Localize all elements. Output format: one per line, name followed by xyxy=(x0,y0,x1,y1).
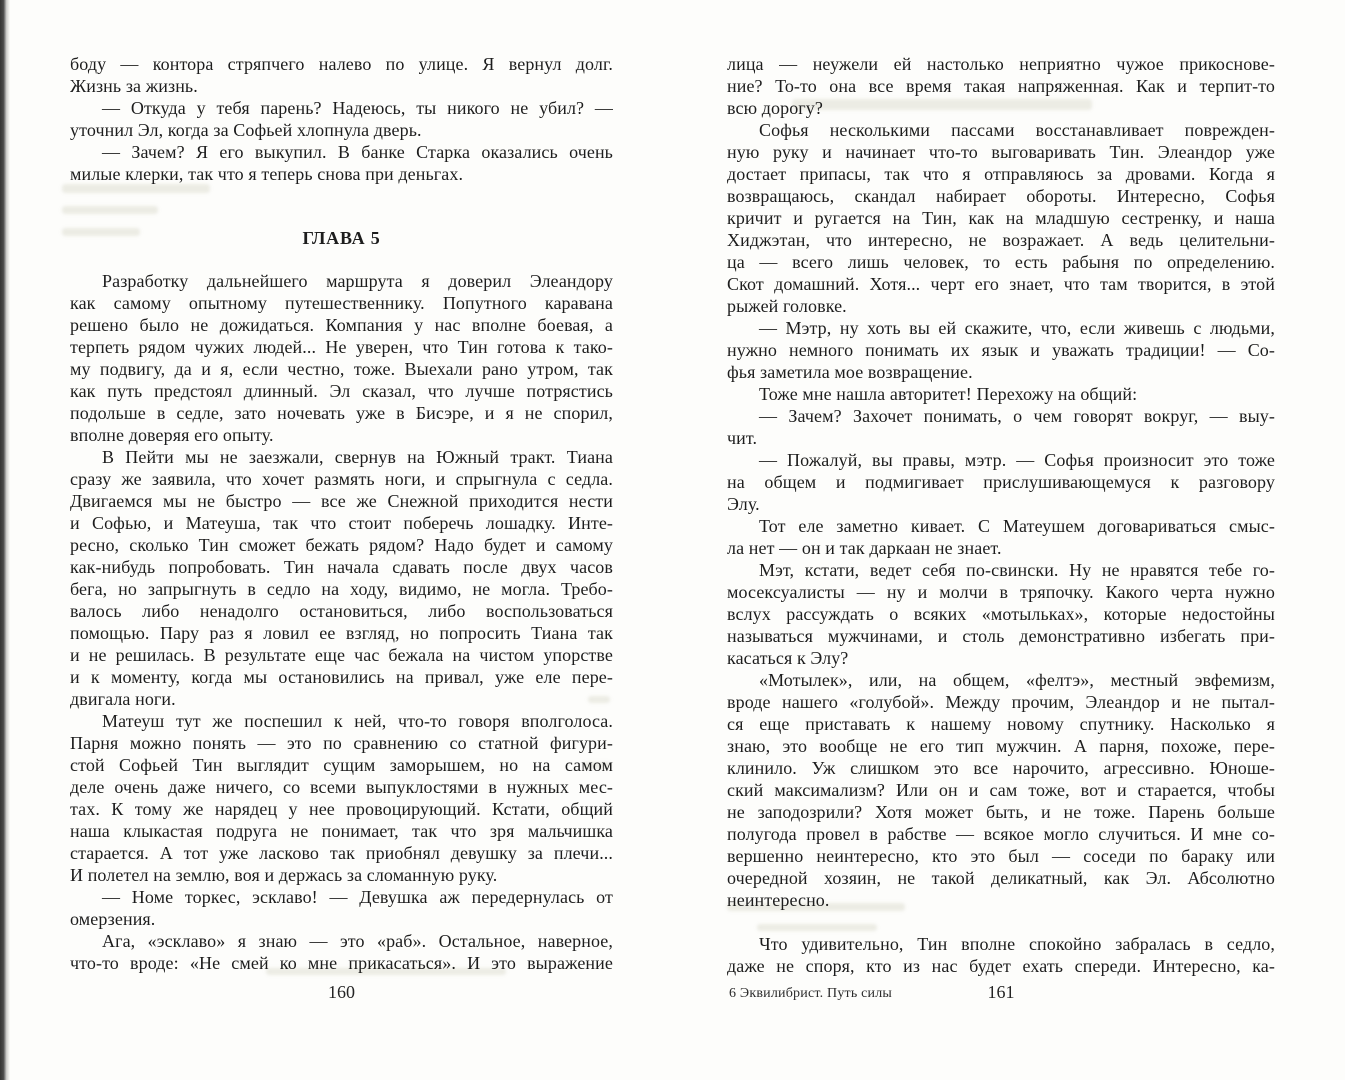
right-page-number: 161 xyxy=(727,982,1275,1004)
text-line: касаться к Элу? xyxy=(727,647,1275,669)
paragraph: Софья несколькими пассами восстанавливае… xyxy=(727,119,1275,317)
paragraph: — Откуда у тебя парень? Надеюсь, ты нико… xyxy=(70,97,613,141)
text-line: клинило. Уж слишком это все нарочито, аг… xyxy=(727,757,1275,779)
paragraph: — Мэтр, ну хоть вы ей скажите, что, если… xyxy=(727,317,1275,383)
paragraph: Матеуш тут же поспешил к ней, что-то гов… xyxy=(70,710,613,886)
text-line: даже не споря, кто из нас будет ехать сп… xyxy=(727,955,1275,977)
text-line: — Номе торкес, эсклаво! — Девушка аж пер… xyxy=(70,886,613,908)
text-line: что-то вроде: «Не смей ко мне прикасатьс… xyxy=(70,952,613,974)
text-line: называться мужчинами, и столь демонстрат… xyxy=(727,625,1275,647)
text-line: валось либо ненадолго остановиться, либо… xyxy=(70,600,613,622)
text-line: Скот домашний. Хотя... черт его знает, ч… xyxy=(727,273,1275,295)
scanner-edge-shadow xyxy=(0,0,10,1080)
text-line: как самому опытному путешественнику. Поп… xyxy=(70,292,613,314)
text-line: сразу же заявила, что хочет размять ноги… xyxy=(70,468,613,490)
text-line: ние? То-то она все время такая напряженн… xyxy=(727,75,1275,97)
text-line: стой Софьей Тин выглядит сущим заморышем… xyxy=(70,754,613,776)
text-line: вершенно неинтересно, кто это был — сосе… xyxy=(727,845,1275,867)
right-page-text-column: лица — неужели ей настолько неприятно чу… xyxy=(727,53,1275,977)
text-line: вслух рассуждать о всяких «мотыльках», к… xyxy=(727,603,1275,625)
text-line: деле очень даже ничего, со всеми выпукло… xyxy=(70,776,613,798)
text-line: нужно немного понимать их язык и уважать… xyxy=(727,339,1275,361)
book-scan-spread: боду — контора стряпчего налево по улице… xyxy=(0,0,1345,1080)
text-line: Что удивительно, Тин вполне спокойно заб… xyxy=(727,933,1275,955)
paragraph: боду — контора стряпчего налево по улице… xyxy=(70,53,613,97)
text-line: Хиджэтан, что интересно, не возражает. А… xyxy=(727,229,1275,251)
text-line: Тоже мне нашла авторитет! Перехожу на об… xyxy=(727,383,1275,405)
paragraph: — Зачем? Я его выкупил. В банке Старка о… xyxy=(70,141,613,185)
text-line: решено было не дожидаться. Компания у на… xyxy=(70,314,613,336)
text-line: ский максимализм? Или он и сам тоже, вот… xyxy=(727,779,1275,801)
text-line: подольше в седле, зато ночевать уже в Би… xyxy=(70,402,613,424)
paragraph: — Пожалуй, вы правы, мэтр. — Софья произ… xyxy=(727,449,1275,515)
text-line: му подвигу, да и я, если честно, тоже. В… xyxy=(70,358,613,380)
paragraph: Разработку дальнейшего маршрута я довери… xyxy=(70,270,613,446)
text-line: — Мэтр, ну хоть вы ей скажите, что, если… xyxy=(727,317,1275,339)
left-page-number: 160 xyxy=(70,982,613,1004)
text-line: Матеуш тут же поспешил к ней, что-то гов… xyxy=(70,710,613,732)
text-line: Мэт, кстати, ведет себя по-свински. Ну н… xyxy=(727,559,1275,581)
text-line: возвращаюсь, скандал набирает обороты. И… xyxy=(727,185,1275,207)
text-line: — Зачем? Захочет понимать, о чем говорят… xyxy=(727,405,1275,427)
text-line: вполне доверяя его опыту. xyxy=(70,424,613,446)
text-line: «Мотылек», или, на общем, «фелтэ», местн… xyxy=(727,669,1275,691)
text-line: знаю, это вообще не его тип мужчин. А па… xyxy=(727,735,1275,757)
text-line: тах. К тому же нарядец у нее провоцирующ… xyxy=(70,798,613,820)
text-line: неинтересно. xyxy=(727,889,1275,911)
text-line: ца — всего лишь человек, то есть рабыня … xyxy=(727,251,1275,273)
text-line: Разработку дальнейшего маршрута я довери… xyxy=(70,270,613,292)
text-line: — Откуда у тебя парень? Надеюсь, ты нико… xyxy=(70,97,613,119)
paragraph: «Мотылек», или, на общем, «фелтэ», местн… xyxy=(727,669,1275,911)
text-line: двигала ноги. xyxy=(70,688,613,710)
text-line: уточнил Эл, когда за Софьей хлопнула две… xyxy=(70,119,613,141)
text-line: Парня можно понять — это по сравнению со… xyxy=(70,732,613,754)
text-line: ресно, сколько Тин сможет бежать рядом? … xyxy=(70,534,613,556)
text-line: милые клерки, так что я теперь снова при… xyxy=(70,163,613,185)
text-line: ся еще приставать к нашему новому спутни… xyxy=(727,713,1275,735)
paragraph: Ага, «эсклаво» я знаю — это «раб». Остал… xyxy=(70,930,613,974)
text-line: не заподозрили? Хотя может быть, и не то… xyxy=(727,801,1275,823)
paragraph: — Номе торкес, эсклаво! — Девушка аж пер… xyxy=(70,886,613,930)
text-line: Двигаемся мы не быстро — все же Снежной … xyxy=(70,490,613,512)
text-line: омерзения. xyxy=(70,908,613,930)
chapter-heading: ГЛАВА 5 xyxy=(70,227,613,249)
paragraph: Мэт, кстати, ведет себя по-свински. Ну н… xyxy=(727,559,1275,669)
paragraph: лица — неужели ей настолько неприятно чу… xyxy=(727,53,1275,119)
text-line: ную руку и начинает что-то выговаривать … xyxy=(727,141,1275,163)
text-line: — Пожалуй, вы правы, мэтр. — Софья произ… xyxy=(727,449,1275,471)
text-line: и к моменту, когда мы остановились на пр… xyxy=(70,666,613,688)
paragraph: — Зачем? Захочет понимать, о чем говорят… xyxy=(727,405,1275,449)
text-line: терпеть рядом чужих людей... Не уверен, … xyxy=(70,336,613,358)
text-line: помощью. Пару раз я ловил ее взгляд, но … xyxy=(70,622,613,644)
text-line: Элу. xyxy=(727,493,1275,515)
paragraph: В Пейти мы не заезжали, свернув на Южный… xyxy=(70,446,613,710)
text-line: мосексуалисты — ну и молчи в тряпочку. К… xyxy=(727,581,1275,603)
text-line: кричит и ругается на Тин, как на младшую… xyxy=(727,207,1275,229)
text-line: Софья несколькими пассами восстанавливае… xyxy=(727,119,1275,141)
text-line: и не решилась. В результате еще час бежа… xyxy=(70,644,613,666)
text-line: рыжей головке. xyxy=(727,295,1275,317)
text-line: как-нибудь попробовать. Тин начала сдава… xyxy=(70,556,613,578)
paragraph: Что удивительно, Тин вполне спокойно заб… xyxy=(727,933,1275,977)
text-line: бега, но запрыгнуть в седло на ходу, вид… xyxy=(70,578,613,600)
text-line: очередной хозяин, не такой деликатный, к… xyxy=(727,867,1275,889)
text-line: наша клыкастая подруга не понимает, так … xyxy=(70,820,613,842)
text-line: Ага, «эсклаво» я знаю — это «раб». Остал… xyxy=(70,930,613,952)
text-line: ла нет — он и так даркаан не знает. xyxy=(727,537,1275,559)
text-line: лица — неужели ей настолько неприятно чу… xyxy=(727,53,1275,75)
text-line: старается. А тот уже ласково так приобня… xyxy=(70,842,613,864)
paragraph: Тот еле заметно кивает. С Матеушем догов… xyxy=(727,515,1275,559)
text-line: Тот еле заметно кивает. С Матеушем догов… xyxy=(727,515,1275,537)
text-line: — Зачем? Я его выкупил. В банке Старка о… xyxy=(70,141,613,163)
text-line: чит. xyxy=(727,427,1275,449)
text-line: как путь предстоял длинный. Эл сказал, ч… xyxy=(70,380,613,402)
text-line: вроде нашего «голубой». Между прочим, Эл… xyxy=(727,691,1275,713)
text-line: достает припасы, так что я отправляюсь з… xyxy=(727,163,1275,185)
text-line: всю дорогу? xyxy=(727,97,1275,119)
text-line: боду — контора стряпчего налево по улице… xyxy=(70,53,613,75)
left-page-text-column: боду — контора стряпчего налево по улице… xyxy=(70,53,613,974)
text-line: И полетел на землю, воя и держась за сло… xyxy=(70,864,613,886)
text-line: Жизнь за жизнь. xyxy=(70,75,613,97)
text-line: и Софью, и Матеуша, так что стоит побере… xyxy=(70,512,613,534)
text-line: полугода провел в рабстве — всякое могло… xyxy=(727,823,1275,845)
text-line: В Пейти мы не заезжали, свернув на Южный… xyxy=(70,446,613,468)
text-line: фья заметила мое возвращение. xyxy=(727,361,1275,383)
text-line: на общем и подмигивает прислушивающемуся… xyxy=(727,471,1275,493)
paragraph: Тоже мне нашла авторитет! Перехожу на об… xyxy=(727,383,1275,405)
